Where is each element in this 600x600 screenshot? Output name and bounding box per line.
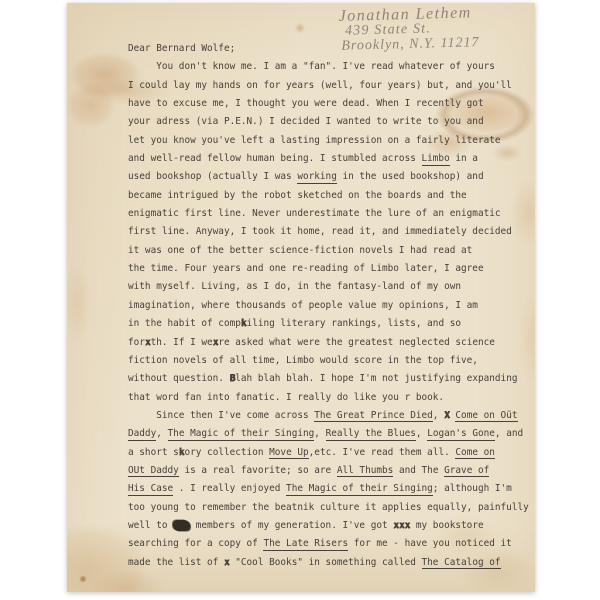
typewritten-text: the time. Four years and one re-reading …: [128, 263, 484, 274]
typewritten-text: searching for a copy of: [128, 538, 263, 549]
letter-line: first line. Anyway, I took it home, read…: [128, 223, 530, 241]
typewritten-text: with myself. Living, as I do, in the fan…: [128, 281, 461, 292]
letter-line: in the habit of compkiling literary rank…: [128, 315, 530, 333]
typewritten-text: You don't know me. I am a "fan". I've re…: [128, 61, 495, 72]
underlined-title: Come on Oŭt: [455, 410, 517, 423]
typewritten-text: "Cool Books" in something called: [230, 557, 422, 568]
typewritten-text: in the habit of comp: [128, 318, 241, 329]
underlined-title: The Catalog of: [422, 557, 501, 570]
typewritten-text: is a real favorite; so are: [179, 465, 337, 476]
letter-line: it was one of the better science-fiction…: [128, 242, 530, 260]
typewritten-text: lah blah blah. I hope I'm not justifying…: [235, 373, 517, 384]
typewritten-text: too young to remember the beatnik cultur…: [128, 502, 529, 513]
typewritten-text: your adress (via P.E.N.) I decided I wan…: [128, 116, 484, 127]
typewritten-text: and The: [393, 465, 444, 476]
letter-line: Dear Bernard Wolfe;: [128, 40, 530, 58]
typewritten-text: first line. Anyway, I took it home, read…: [128, 226, 512, 237]
letter-line: became intrigued by the robot sketched o…: [128, 187, 530, 205]
typewritten-text: well to: [128, 520, 173, 531]
typewritten-text: re asked what were the greatest neglecte…: [218, 337, 495, 348]
letter-line: imagination, where thousands of people v…: [128, 297, 530, 315]
letter-line: forxth. If I wexre asked what were the g…: [128, 334, 530, 352]
typewritten-text: for: [128, 337, 145, 348]
letter-line: I could lay my hands on for years (well,…: [128, 77, 530, 95]
typewritten-text: ory collection: [184, 447, 269, 458]
letter-line: let you know you've left a lasting impre…: [128, 132, 530, 150]
letter-line: used bookshop (actually I was working in…: [128, 168, 530, 186]
underlined-title: The Magic of their Singing: [168, 428, 315, 441]
typewritten-text: enigmatic first line. Never underestimat…: [128, 208, 501, 219]
letter-line: without question. Blah blah blah. I hope…: [128, 370, 530, 388]
typewritten-text: for me - have you noticed it: [348, 538, 512, 549]
typewritten-text: in the used bookshop) and: [337, 171, 484, 182]
letter-line: a short skory collection Move Up,etc. I'…: [128, 444, 530, 462]
typewritten-text: , and: [495, 428, 523, 439]
letter-line: that word fan into fanatic. I really do …: [128, 389, 530, 407]
letter-line: Daddy, The Magic of their Singing, Reall…: [128, 425, 530, 443]
typewritten-text: ,: [433, 410, 444, 421]
underlined-title: His Case: [128, 483, 173, 496]
typewritten-text: in a: [450, 153, 478, 164]
letter-line: made the list of x "Cool Books" in somet…: [128, 554, 530, 572]
typewritten-text: Since then I've come across: [128, 410, 314, 421]
typewritten-text: ; although I'm: [433, 483, 512, 494]
overtyped-correction: xxx: [393, 520, 410, 531]
underlined-title: working: [297, 171, 337, 184]
letter-line: enigmatic first line. Never underestimat…: [128, 205, 530, 223]
typewritten-text: and well-read fellow human being. I stum…: [128, 153, 422, 164]
typewritten-text: became intrigued by the robot sketched o…: [128, 190, 467, 201]
letter-line: and well-read fellow human being. I stum…: [128, 150, 530, 168]
typewritten-text: Dear Bernard Wolfe;: [128, 43, 235, 54]
typewritten-text: it was one of the better science-fiction…: [128, 245, 472, 256]
letter-line: have to excuse me, I thought you were de…: [128, 95, 530, 113]
underlined-title: Daddy: [128, 428, 156, 441]
typewritten-text: th. If I we: [151, 337, 213, 348]
scanned-letter: Jonathan Lethem 439 State St. Brooklyn, …: [0, 0, 600, 600]
letter-line: His Case . I really enjoyed The Magic of…: [128, 480, 530, 498]
typewritten-text: let you know you've left a lasting impre…: [128, 135, 501, 146]
underlined-title: Grave of: [444, 465, 489, 478]
typewritten-text: iling literary rankings, lists, and so: [247, 318, 461, 329]
typewritten-text: . I really enjoyed: [173, 483, 286, 494]
underlined-title: Come on: [455, 447, 495, 460]
typewritten-text: ,etc. I've read them all.: [309, 447, 456, 458]
typewritten-text: imagination, where thousands of people v…: [128, 300, 478, 311]
typewritten-text: made the list of: [128, 557, 224, 568]
typewritten-text: that word fan into fanatic. I really do …: [128, 392, 444, 403]
typewritten-text: ,: [416, 428, 427, 439]
typewritten-text: used bookshop (actually I was: [128, 171, 297, 182]
underlined-title: The Magic of their Singing: [286, 483, 433, 496]
scribbled-out-word: ###: [173, 520, 190, 531]
underlined-title: Logan's Gone: [427, 428, 495, 441]
typewritten-text: a short s: [128, 447, 179, 458]
letter-line: your adress (via P.E.N.) I decided I wan…: [128, 113, 530, 131]
underlined-title: Move Up: [269, 447, 309, 460]
letter-line: OUt Daddy is a real favorite; so are All…: [128, 462, 530, 480]
letter-line: searching for a copy of The Late Risers …: [128, 535, 530, 553]
underlined-title: All Thumbs: [337, 465, 393, 478]
typewritten-text: members of my generation. I've got: [190, 520, 393, 531]
typewritten-text: have to excuse me, I thought you were de…: [128, 98, 484, 109]
letter-line: You don't know me. I am a "fan". I've re…: [128, 58, 530, 76]
letter-line: Since then I've come across The Great Pr…: [128, 407, 530, 425]
underlined-title: The Late Risers: [263, 538, 348, 551]
letter-body: Dear Bernard Wolfe; You don't know me. I…: [128, 40, 530, 572]
letter-line: with myself. Living, as I do, in the fan…: [128, 278, 530, 296]
typewritten-text: I could lay my hands on for years (well,…: [128, 80, 512, 91]
typewritten-text: ,: [314, 428, 325, 439]
typewritten-text: my bookstore: [410, 520, 483, 531]
letter-line: well to ### members of my generation. I'…: [128, 517, 530, 535]
letter-line: the time. Four years and one re-reading …: [128, 260, 530, 278]
underlined-title: OUt Daddy: [128, 465, 179, 478]
typewritten-text: fiction novels of all time, Limbo would …: [128, 355, 478, 366]
letter-page: Jonathan Lethem 439 State St. Brooklyn, …: [67, 3, 535, 592]
typewritten-text: ,: [156, 428, 167, 439]
underlined-title: Limbo: [422, 153, 450, 166]
letter-line: too young to remember the beatnik cultur…: [128, 499, 530, 517]
typewritten-text: without question.: [128, 373, 230, 384]
underlined-title: The Great Prince Died: [314, 410, 433, 423]
letter-line: fiction novels of all time, Limbo would …: [128, 352, 530, 370]
underlined-title: Really the Blues: [326, 428, 416, 441]
